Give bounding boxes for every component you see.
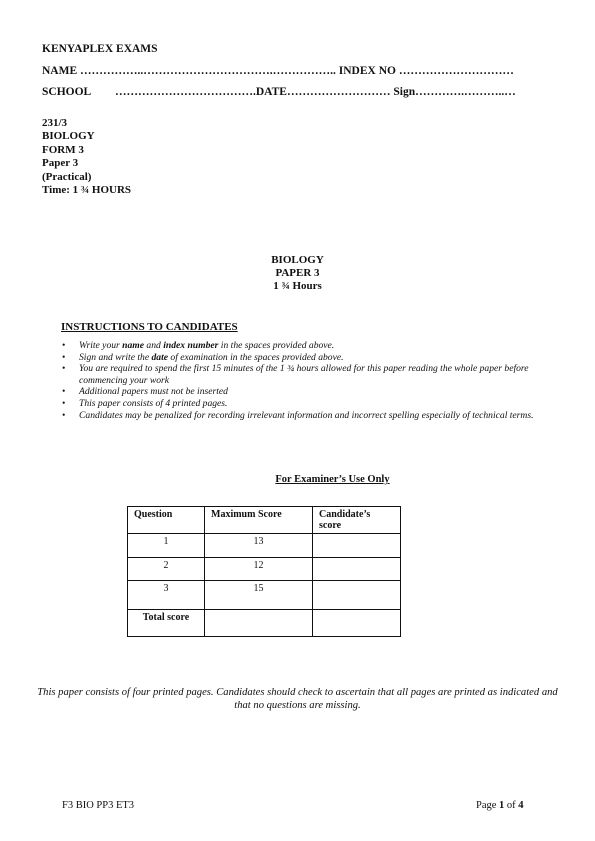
- paper-meta: 231/3 BIOLOGY FORM 3 Paper 3 (Practical)…: [42, 117, 131, 197]
- title-block: BIOLOGY PAPER 3 1 ¾ Hours: [0, 254, 595, 293]
- instruction-item: You are required to spend the first 15 m…: [61, 363, 546, 386]
- title-subject: BIOLOGY: [0, 254, 595, 267]
- paper-number: Paper 3: [42, 157, 131, 170]
- total-candidate-cell[interactable]: [313, 610, 401, 637]
- candidate-score-cell[interactable]: [313, 558, 401, 581]
- paper-code: 231/3: [42, 117, 131, 130]
- instruction-item: Additional papers must not be inserted: [61, 386, 546, 398]
- paper-subject: BIOLOGY: [42, 130, 131, 143]
- instructions-heading: INSTRUCTIONS TO CANDIDATES: [61, 321, 238, 333]
- table-header-row: Question Maximum Score Candidate’s score: [128, 507, 401, 534]
- paper-type: (Practical): [42, 171, 131, 184]
- table-row: 2 12: [128, 558, 401, 581]
- paper-time: Time: 1 ¾ HOURS: [42, 184, 131, 197]
- max-score: 12: [205, 558, 313, 581]
- header-max-score: Maximum Score: [205, 507, 313, 534]
- candidate-score-cell[interactable]: [313, 534, 401, 558]
- question-number: 3: [128, 581, 205, 610]
- footer-paper-code: F3 BIO PP3 ET3: [62, 800, 134, 811]
- title-duration: 1 ¾ Hours: [0, 280, 595, 293]
- total-score-label: Total score: [128, 610, 205, 637]
- page-check-note: This paper consists of four printed page…: [30, 686, 565, 712]
- table-row: 3 15: [128, 581, 401, 610]
- total-max-cell: [205, 610, 313, 637]
- max-score: 15: [205, 581, 313, 610]
- title-paper: PAPER 3: [0, 267, 595, 280]
- paper-form: FORM 3: [42, 144, 131, 157]
- header-candidate-score: Candidate’s score: [313, 507, 401, 534]
- examiner-score-table: Question Maximum Score Candidate’s score…: [127, 506, 401, 637]
- question-number: 1: [128, 534, 205, 558]
- school-label: SCHOOL: [42, 86, 91, 98]
- instruction-item: Write your name and index number in the …: [61, 340, 546, 352]
- footer-page-number: Page 1 of 4: [476, 800, 524, 811]
- max-score: 13: [205, 534, 313, 558]
- instruction-item: Candidates may be penalized for recordin…: [61, 410, 546, 422]
- exam-org-name: KENYAPLEX EXAMS: [42, 43, 158, 55]
- examiner-use-heading: For Examiner’s Use Only: [35, 474, 595, 485]
- table-row: 1 13: [128, 534, 401, 558]
- question-number: 2: [128, 558, 205, 581]
- candidate-score-cell[interactable]: [313, 581, 401, 610]
- total-row: Total score: [128, 610, 401, 637]
- header-question: Question: [128, 507, 205, 534]
- instructions-list: Write your name and index number in the …: [61, 340, 546, 421]
- instruction-item: Sign and write the date of examination i…: [61, 352, 546, 364]
- school-date-sign-line: ……………………………….DATE……………………… Sign………….……….…: [115, 86, 516, 98]
- instruction-item: This paper consists of 4 printed pages.: [61, 398, 546, 410]
- name-index-line: NAME ……………..…………………………….…………….. INDEX NO…: [42, 65, 514, 77]
